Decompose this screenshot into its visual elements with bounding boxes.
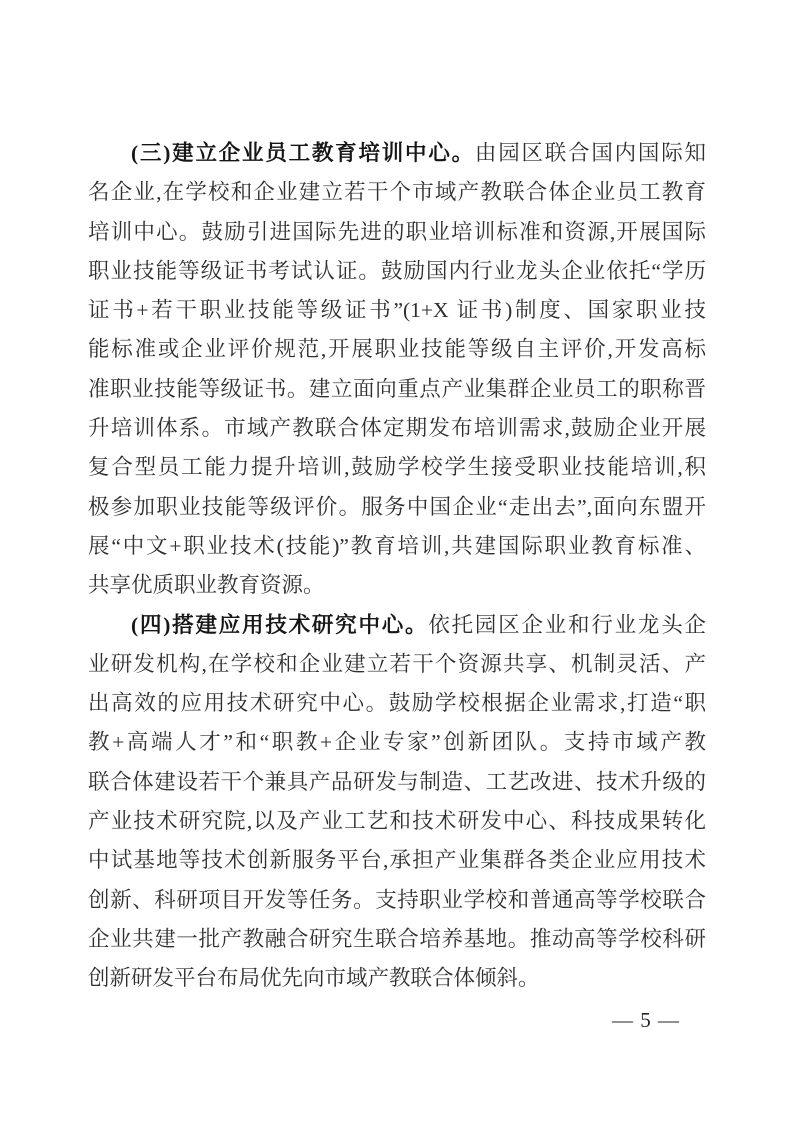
paragraph-heading: (四)搭建应用技术研究中心。 [131, 613, 428, 637]
text-line: 极参加职业技能等级评价。服务中国企业“走出去”,面向东盟开 [88, 488, 706, 527]
text-line: 职业技能等级证书考试认证。鼓励国内行业龙头企业依托“学历 [88, 252, 706, 291]
page-number: — 5 — [612, 1004, 680, 1036]
text-line: 企业共建一批产教融合研究生联合培养基地。推动高等学校科研 [88, 920, 706, 959]
paragraph-text: 由园区联合国内国际知 [475, 141, 706, 165]
text-line: 出高效的应用技术研究中心。鼓励学校根据企业需求,打造“职 [88, 684, 706, 723]
document-body: (三)建立企业员工教育培训中心。由园区联合国内国际知 名企业,在学校和企业建立若… [88, 134, 706, 999]
paragraph-text: 依托园区企业和行业龙头企 [428, 613, 706, 637]
paragraph-section-4: (四)搭建应用技术研究中心。依托园区企业和行业龙头企 业研发机构,在学校和企业建… [88, 606, 706, 999]
text-line: 复合型员工能力提升培训,鼓励学校学生接受职业技能培训,积 [88, 448, 706, 487]
text-line: 名企业,在学校和企业建立若干个市域产教联合体企业员工教育 [88, 173, 706, 212]
text-line: 证书+若干职业技能等级证书”(1+X 证书)制度、国家职业技 [88, 291, 706, 330]
text-line: 共享优质职业教育资源。 [88, 566, 706, 605]
text-line: 联合体建设若干个兼具产品研发与制造、工艺改进、技术升级的 [88, 763, 706, 802]
text-line: 创新、科研项目开发等任务。支持职业学校和普通高等学校联合 [88, 881, 706, 920]
paragraph-heading: (三)建立企业员工教育培训中心。 [131, 141, 475, 165]
text-line: 准职业技能等级证书。建立面向重点产业集群企业员工的职称晋 [88, 370, 706, 409]
text-line: 培训中心。鼓励引进国际先进的职业培训标准和资源,开展国际 [88, 213, 706, 252]
text-line: 教+高端人才”和“职教+企业专家”创新团队。支持市域产教 [88, 723, 706, 762]
text-line: 业研发机构,在学校和企业建立若干个资源共享、机制灵活、产 [88, 645, 706, 684]
document-page: (三)建立企业员工教育培训中心。由园区联合国内国际知 名企业,在学校和企业建立若… [0, 0, 794, 1123]
text-line: (四)搭建应用技术研究中心。依托园区企业和行业龙头企 [88, 606, 706, 645]
paragraph-section-3: (三)建立企业员工教育培训中心。由园区联合国内国际知 名企业,在学校和企业建立若… [88, 134, 706, 606]
text-line: 升培训体系。市域产教联合体定期发布培训需求,鼓励企业开展 [88, 409, 706, 448]
text-line: 能标准或企业评价规范,开展职业技能等级自主评价,开发高标 [88, 330, 706, 369]
text-line: 产业技术研究院,以及产业工艺和技术研发中心、科技成果转化 [88, 802, 706, 841]
text-line: 中试基地等技术创新服务平台,承担产业集群各类企业应用技术 [88, 841, 706, 880]
text-line: 展“中文+职业技术(技能)”教育培训,共建国际职业教育标准、 [88, 527, 706, 566]
text-line: (三)建立企业员工教育培训中心。由园区联合国内国际知 [88, 134, 706, 173]
text-line: 创新研发平台布局优先向市域产教联合体倾斜。 [88, 959, 706, 998]
